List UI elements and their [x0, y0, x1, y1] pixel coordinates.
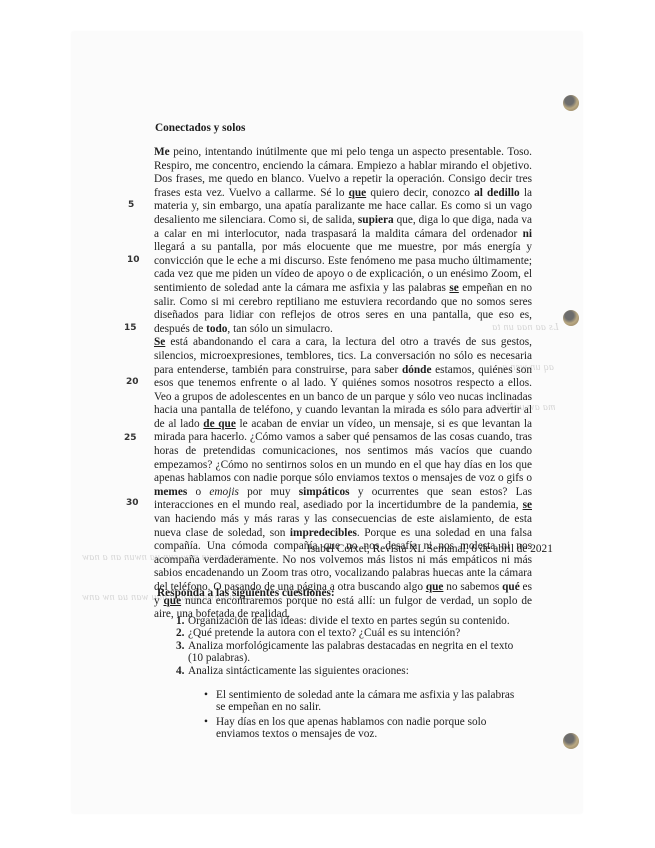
sentences-list: El sentimiento de soledad ante la cámara… [204, 689, 524, 743]
text-run: o [187, 486, 209, 498]
sentence-item: Hay días en los que apenas hablamos con … [204, 716, 524, 741]
bold-word: simpáticos [299, 486, 350, 498]
questions-list: 1.Organización de las ideas: divide el t… [176, 615, 516, 677]
underlined-word: de que [203, 418, 236, 430]
paragraph-2: Se está abandonando el cara a cara, la l… [154, 336, 532, 621]
bold-word: impredecibles [290, 527, 357, 539]
punch-hole-middle [563, 310, 579, 326]
margin-line-number: 15 [124, 323, 137, 333]
bold-word: memes [154, 486, 187, 498]
bold-word: todo [206, 323, 227, 335]
paragraph-1: Me peino, intentando inútilmente que mi … [154, 146, 532, 336]
document-title: Conectados y solos [155, 122, 245, 134]
underlined-word: que [349, 187, 367, 199]
underlined-word: se [523, 499, 532, 511]
questions-heading: Responda a las siguientes cuestiones: [157, 587, 335, 599]
text-run: por muy [239, 486, 299, 498]
margin-line-number: 20 [126, 377, 139, 387]
underlined-word: Se [154, 336, 165, 348]
question-item: 1.Organización de las ideas: divide el t… [176, 615, 516, 627]
bold-word: al dedillo [474, 187, 520, 199]
sentence-item: El sentimiento de soledad ante la cámara… [204, 689, 524, 714]
margin-line-number: 30 [126, 498, 139, 508]
citation: Isabel Coixet, Revista XL Semanal, 6 de … [307, 543, 553, 555]
punch-hole-top [563, 95, 579, 111]
text-run: no sabemos [443, 581, 502, 593]
bold-word: ni [523, 228, 532, 240]
bold-word: supiera [358, 214, 394, 226]
text-run: quiero decir, conozco [366, 187, 474, 199]
question-item: 3.Analiza morfológicamente las palabras … [176, 640, 516, 665]
bold-word: Me [154, 146, 170, 158]
margin-line-number: 5 [128, 200, 134, 210]
bold-word: qué [502, 581, 520, 593]
underlined-word: se [449, 282, 458, 294]
punch-hole-bottom [563, 733, 579, 749]
italic-word: emojis [209, 486, 239, 498]
margin-line-number: 25 [124, 433, 137, 443]
question-item: 2.¿Qué pretende la autora con el texto? … [176, 627, 516, 639]
bold-word: dónde [402, 364, 432, 376]
question-item: 4.Analiza sintácticamente las siguientes… [176, 665, 516, 677]
underlined-word: que [426, 581, 444, 593]
margin-line-number: 10 [127, 255, 140, 265]
text-run: , tan sólo un simulacro. [227, 323, 332, 335]
